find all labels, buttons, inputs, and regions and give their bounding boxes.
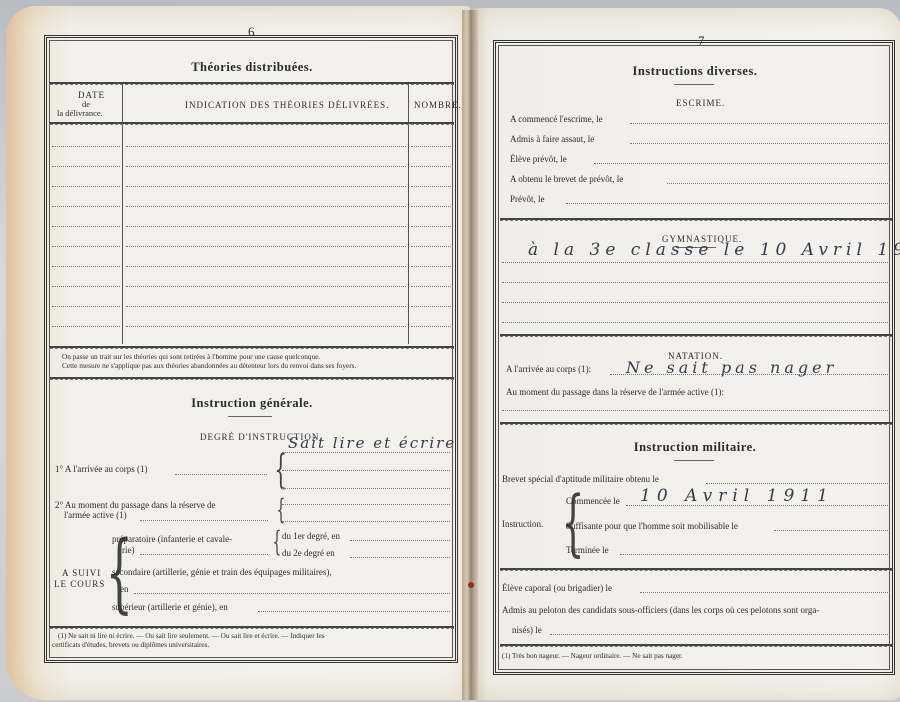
title-underline (674, 460, 714, 461)
natation-reserve-label: Au moment du passage dans la réserve de … (506, 387, 724, 397)
theory-row-cell[interactable] (52, 146, 120, 147)
arrival-line-1 (282, 452, 450, 453)
title-underline (228, 416, 272, 417)
theory-row-cell[interactable] (411, 246, 453, 247)
theory-row-cell[interactable] (411, 266, 453, 267)
commencee-handwritten[interactable]: 10 Avril 1911 (640, 486, 834, 506)
reserve-line-2 (282, 521, 450, 522)
theory-row-cell[interactable] (411, 286, 453, 287)
degre2-line (350, 557, 450, 558)
theory-row-cell[interactable] (52, 306, 120, 307)
gym-line-3 (502, 302, 890, 303)
arrival-line-3 (282, 488, 450, 489)
instruction-militaire-title: Instruction militaire. (500, 440, 890, 455)
theory-row-cell[interactable] (126, 186, 406, 187)
theory-row-cell[interactable] (52, 266, 120, 267)
theory-row-cell[interactable] (126, 166, 406, 167)
book-gutter (462, 10, 478, 700)
theory-row-cell[interactable] (52, 226, 120, 227)
caporal-line (640, 592, 890, 593)
theory-row-cell[interactable] (126, 306, 406, 307)
theory-row-cell[interactable] (52, 186, 120, 187)
theory-row-cell[interactable] (126, 266, 406, 267)
escrime-field-label: Admis à faire assaut, le (510, 134, 594, 144)
col-nombre: NOMBRE. (414, 100, 462, 110)
arrival-leader (175, 474, 267, 475)
escrime-label: ESCRIME. (676, 98, 725, 108)
reserve-label-1: 2° Au moment du passage dans la réserve … (55, 500, 216, 510)
a-suivi-label-2: LE COURS (54, 579, 105, 589)
reserve-leader (140, 520, 268, 521)
arrival-line-2 (282, 470, 450, 471)
col-indication: INDICATION DES THÉORIES DÉLIVRÉES. (185, 100, 389, 110)
theory-row-cell[interactable] (411, 146, 453, 147)
peloton-label-2: nisés) le (512, 625, 542, 635)
militaire-mid-rule (500, 568, 892, 571)
theories-top-rule (50, 82, 454, 85)
superieur-label: supérieur (artillerie et génie), en (112, 602, 228, 612)
terminee-label: Terminée le (566, 545, 609, 555)
theories-note-1: On passe un trait sur les théories qui s… (62, 352, 320, 361)
theory-row-cell[interactable] (126, 226, 406, 227)
terminee-line (620, 554, 890, 555)
theories-title: Théories distribuées. (50, 60, 454, 75)
escrime-field-line[interactable] (630, 143, 890, 144)
caporal-label: Élève caporal (ou brigadier) le (502, 583, 612, 593)
theories-bottom-rule (50, 346, 454, 349)
theory-row-cell[interactable] (411, 186, 453, 187)
theory-row-cell[interactable] (126, 146, 406, 147)
instruction-generale-title: Instruction générale. (50, 396, 454, 411)
theory-row-cell[interactable] (52, 246, 120, 247)
peloton-line (550, 634, 890, 635)
gym-line-2 (502, 282, 890, 283)
theories-header-rule (50, 122, 454, 125)
natation-reserve-line (502, 410, 890, 411)
gym-bottom-rule (500, 334, 892, 337)
theory-row-cell[interactable] (126, 246, 406, 247)
escrime-bottom-rule (500, 218, 892, 221)
degre-brace: { (272, 528, 281, 556)
secondaire-line (134, 593, 450, 594)
theory-row-cell[interactable] (411, 166, 453, 167)
arrival-handwritten[interactable]: Sait lire et écrire (288, 434, 456, 452)
escrime-field-label: Élève prévôt, le (510, 154, 567, 164)
left-footnote-2: certificats d'études, brevets ou diplôme… (52, 641, 209, 649)
natation-arrival-label: A l'arrivée au corps (1): (506, 364, 591, 374)
reserve-line-1 (282, 504, 450, 505)
instruction-label: Instruction. (502, 519, 543, 529)
footnote-rule-left (50, 626, 454, 629)
theory-row-cell[interactable] (52, 326, 120, 327)
theory-row-cell[interactable] (52, 166, 120, 167)
preparatoire-label-2: rie) (122, 545, 135, 555)
secondaire-label-2: en (120, 584, 129, 594)
left-footnote-1: (1) Ne sait ni lire ni écrire. — Ou sait… (58, 632, 324, 640)
right-footnote: (1) Très bon nageur. — Nageur ordinaire.… (502, 652, 683, 660)
reserve-label-2: l'armée active (1) (64, 510, 127, 520)
commencee-label: Commencée le (566, 496, 620, 506)
preparatoire-leader (140, 554, 268, 555)
preparatoire-label-1: préparatoire (infanterie et cavale- (112, 534, 232, 544)
title-underline (674, 84, 714, 85)
theory-row-cell[interactable] (411, 226, 453, 227)
theories-note-2: Cette mesure ne s'applique pas aux théor… (62, 361, 356, 370)
theory-row-cell[interactable] (411, 206, 453, 207)
theory-row-cell[interactable] (126, 206, 406, 207)
binding-thread (468, 582, 474, 588)
theory-row-cell[interactable] (126, 326, 406, 327)
page-number-right: 7 (690, 33, 713, 49)
theory-row-cell[interactable] (126, 286, 406, 287)
escrime-field-line[interactable] (594, 163, 890, 164)
escrime-field-label: A obtenu le brevet de prévôt, le (510, 174, 623, 184)
gym-line-4 (502, 322, 890, 323)
escrime-field-line[interactable] (566, 203, 890, 204)
note-bottom-rule (50, 377, 454, 380)
theory-row-cell[interactable] (411, 306, 453, 307)
theory-row-cell[interactable] (52, 286, 120, 287)
degre1-label: du 1er degré, en (282, 531, 340, 541)
escrime-field-line[interactable] (630, 123, 890, 124)
superieur-line (258, 611, 450, 612)
suffisante-line (774, 530, 890, 531)
reserve-brace: { (276, 496, 285, 524)
col-date-line3: la délivrance. (57, 108, 103, 118)
gymnastique-handwritten[interactable]: à la 3e classe le 10 Avril 1911 (528, 240, 900, 260)
secondaire-label-1: secondaire (artillerie, génie et train d… (112, 567, 332, 577)
theory-row-cell[interactable] (52, 206, 120, 207)
theory-row-cell[interactable] (411, 326, 453, 327)
escrime-field-label: A commencé l'escrime, le (510, 114, 603, 124)
escrime-field-label: Prévôt, le (510, 194, 545, 204)
page-number-left: 6 (240, 24, 263, 40)
natation-bottom-rule (500, 422, 892, 425)
footnote-rule-right (500, 644, 892, 647)
brevet-line (706, 483, 890, 484)
arrival-label: 1° A l'arrivée au corps (1) (55, 464, 147, 474)
degre1-line (350, 540, 450, 541)
escrime-field-line[interactable] (667, 183, 890, 184)
gym-line-1 (502, 262, 890, 263)
suffisante-label: Suffisante pour que l'homme soit mobilis… (566, 521, 738, 531)
peloton-label-1: Admis au peloton des candidats sous-offi… (502, 605, 819, 615)
natation-arrival-line (610, 374, 890, 375)
degre2-label: du 2e degré en (282, 548, 335, 558)
a-suivi-label-1: A SUIVI (62, 568, 101, 578)
instructions-diverses-title: Instructions diverses. (500, 64, 890, 79)
commencee-line (626, 505, 890, 506)
